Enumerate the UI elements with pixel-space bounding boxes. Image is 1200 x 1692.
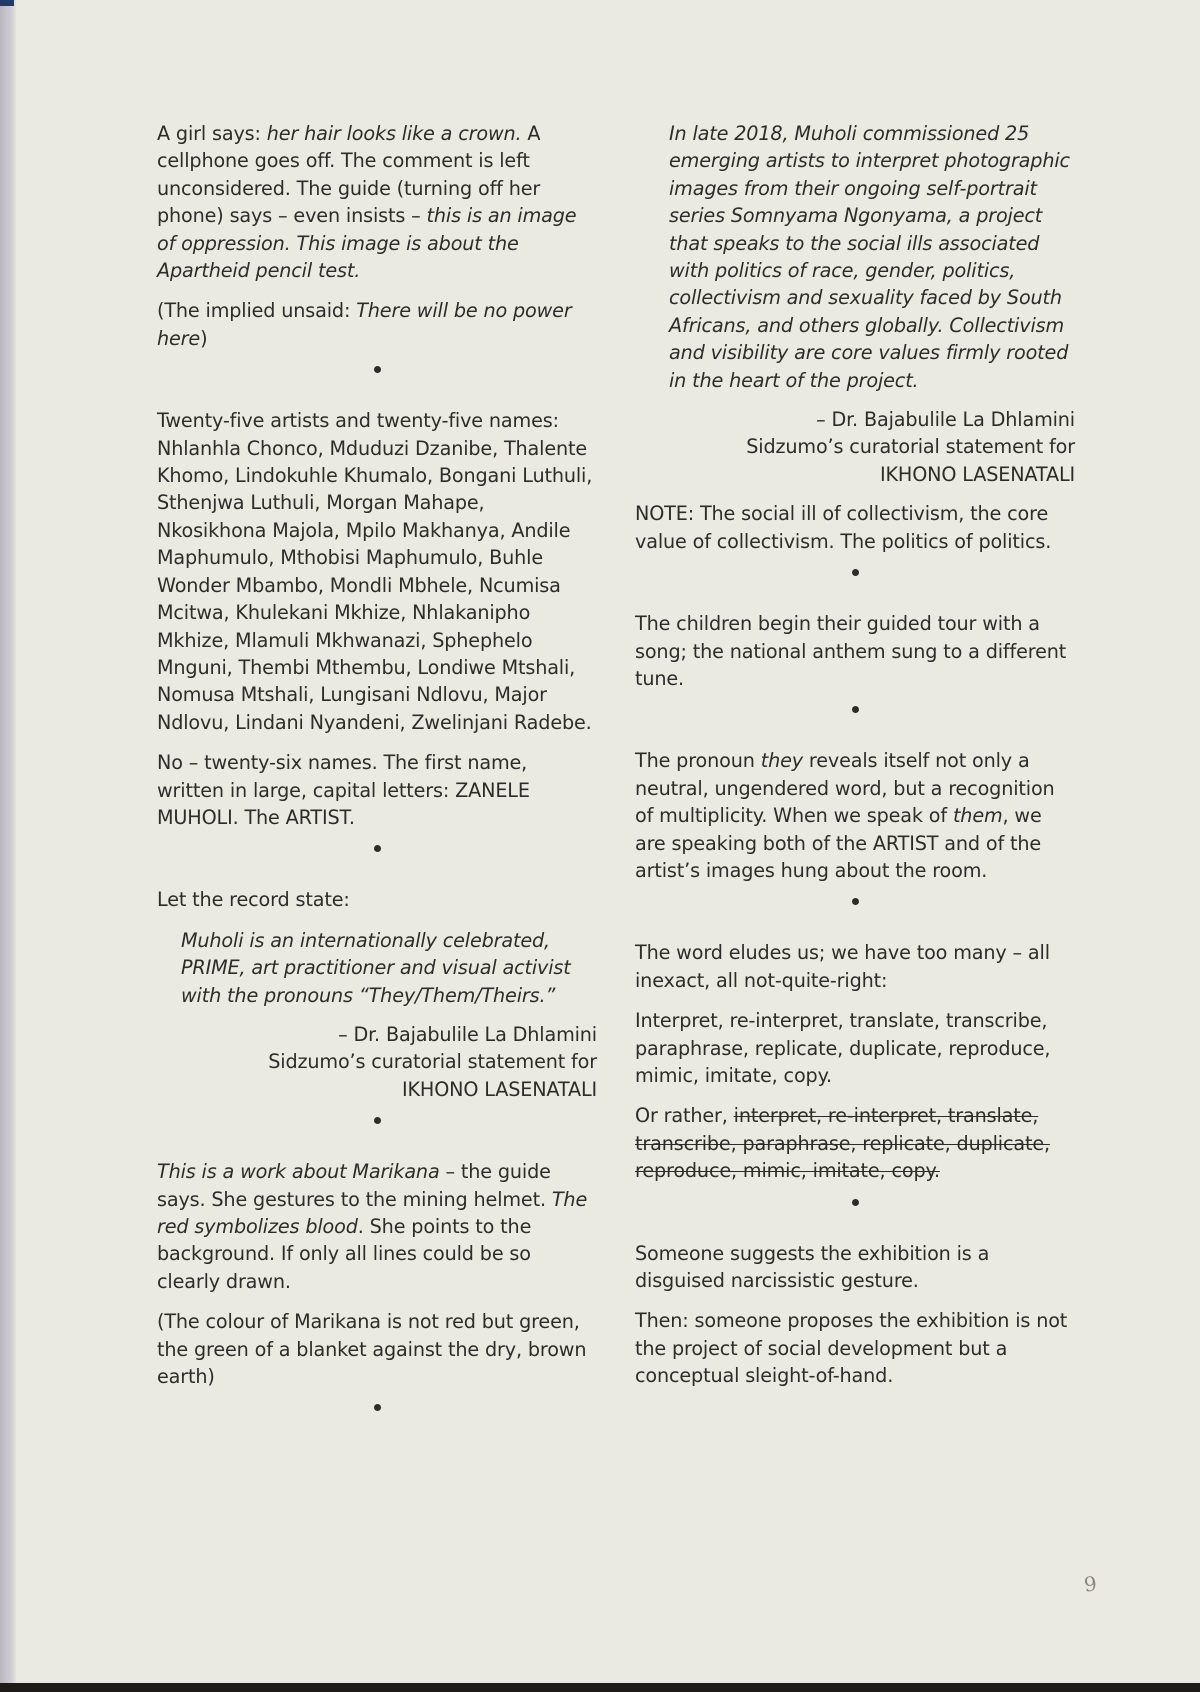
section-divider-bullet [852,1199,859,1206]
paragraph-implied-unsaid: (The implied unsaid: There will be no po… [157,297,597,352]
page-edge-bottom [0,1683,1200,1692]
text: A girl says: [157,122,267,145]
section-divider-bullet [374,845,381,852]
section-divider-bullet [852,706,859,713]
attribution-source: Sidzumo’s curatorial statement for [635,433,1075,460]
paragraph-colour-of-marikana: (The colour of Marikana is not red but g… [157,1308,597,1390]
block-quote-muholi: Muholi is an internationally celebrated,… [157,927,597,1009]
italic-text: they [761,749,803,772]
left-column: A girl says: her hair looks like a crown… [157,120,597,1445]
section-divider-bullet [374,366,381,373]
text: (The implied unsaid: [157,299,356,322]
binding-mark [0,0,14,6]
section-divider-bullet [852,898,859,905]
section-divider-bullet [852,569,859,576]
text: Or rather, [635,1104,734,1127]
paragraph-then-proposes: Then: someone proposes the exhibition is… [635,1307,1075,1389]
italic-text: This is a work about Marikana [157,1160,440,1183]
section-divider-bullet [374,1404,381,1411]
paragraph-record-state: Let the record state: [157,886,597,913]
section-divider-bullet [374,1117,381,1124]
paragraph-pronoun: The pronoun they reveals itself not only… [635,747,1075,884]
paragraph-word-list: Interpret, re-interpret, translate, tran… [635,1007,1075,1089]
paragraph-children-tour: The children begin their guided tour wit… [635,610,1075,692]
paragraph-or-rather: Or rather, interpret, re-interpret, tran… [635,1102,1075,1184]
paragraph-someone-suggests: Someone suggests the exhibition is a dis… [635,1240,1075,1295]
attribution-exhibition: IKHONO LASENATALI [157,1076,597,1103]
page-edge-left [0,0,16,1692]
attribution-exhibition: IKHONO LASENATALI [635,461,1075,488]
paragraph-note: NOTE: The social ill of collectivism, th… [635,500,1075,555]
quote-attribution: – Dr. Bajabulile La Dhlamini Sidzumo’s c… [157,1021,597,1103]
text: ) [200,327,207,350]
attribution-author: – Dr. Bajabulile La Dhlamini [157,1021,597,1048]
text: The pronoun [635,749,761,772]
block-quote-commission: In late 2018, Muholi commissioned 25 eme… [635,120,1075,394]
italic-text: them [953,804,1003,827]
attribution-source: Sidzumo’s curatorial statement for [157,1048,597,1075]
paragraph-word-eludes: The word eludes us; we have too many – a… [635,939,1075,994]
paragraph-marikana: This is a work about Marikana – the guid… [157,1158,597,1295]
attribution-author: – Dr. Bajabulile La Dhlamini [635,406,1075,433]
paragraph-artist-names: Twenty-five artists and twenty-five name… [157,407,597,736]
right-column: In late 2018, Muholi commissioned 25 eme… [635,120,1075,1403]
page-number: 9 [1083,1571,1098,1596]
italic-text: her hair looks like a crown. [267,122,522,145]
paragraph-girl-says: A girl says: her hair looks like a crown… [157,120,597,284]
quote-attribution: – Dr. Bajabulile La Dhlamini Sidzumo’s c… [635,406,1075,488]
paragraph-twenty-six-names: No – twenty-six names. The first name, w… [157,749,597,831]
